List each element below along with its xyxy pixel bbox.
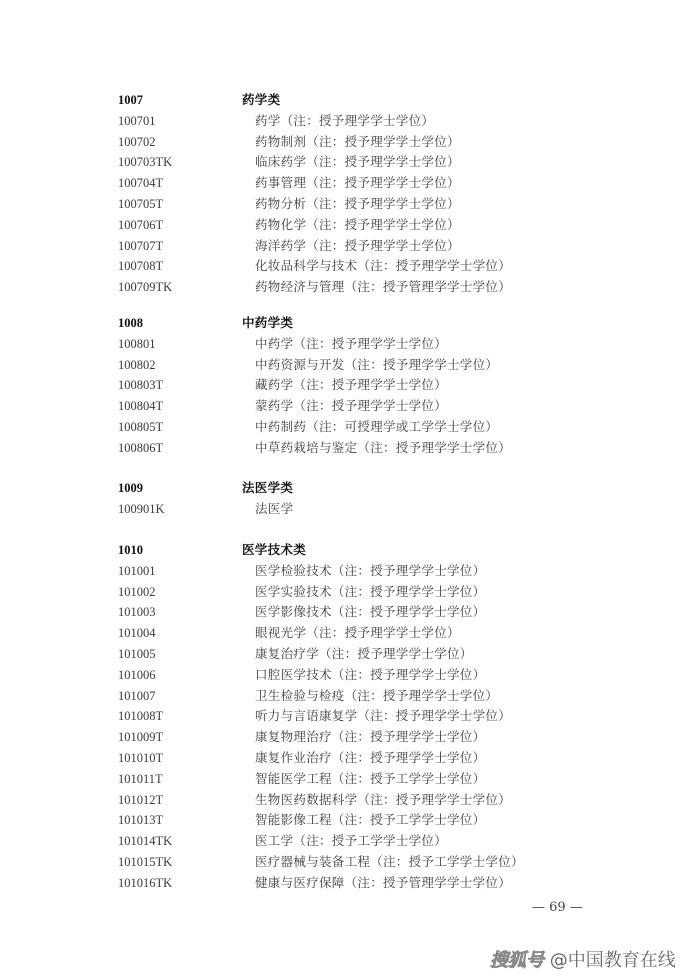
watermark: 搜狐号 @中国教育在线	[490, 946, 676, 972]
major-name: 临床药学（注：授予理学学士学位）	[255, 152, 460, 172]
major-code: 100707T	[118, 236, 163, 256]
major-row: 101012T生物医药数据科学（注：授予理学学士学位）	[0, 790, 690, 810]
category-code: 1009	[118, 478, 143, 498]
major-row: 101008T听力与言语康复学（注：授予理学学士学位）	[0, 706, 690, 726]
category-name: 中药学类	[242, 313, 293, 333]
document-page: 1007药学类100701药学（注：授予理学学士学位）100702药物制剂（注：…	[0, 0, 690, 976]
major-name: 药学（注：授予理学学士学位）	[255, 111, 434, 131]
category-name: 法医学类	[242, 478, 293, 498]
major-row: 100704T药事管理（注：授予理学学士学位）	[0, 173, 690, 193]
major-code: 100801	[118, 334, 156, 354]
major-name: 智能医学工程（注：授予工学学士学位）	[255, 769, 485, 789]
major-name: 眼视光学（注：授予理学学士学位）	[255, 623, 460, 643]
major-row: 100806T中草药栽培与鉴定（注：授予理学学士学位）	[0, 438, 690, 458]
major-row: 100802中药资源与开发（注：授予理学学士学位）	[0, 355, 690, 375]
major-name: 口腔医学技术（注：授予理学学士学位）	[255, 665, 485, 685]
major-code: 101015TK	[118, 852, 172, 872]
major-name: 生物医药数据科学（注：授予理学学士学位）	[255, 790, 511, 810]
major-code: 100703TK	[118, 152, 172, 172]
major-name: 药物制剂（注：授予理学学士学位）	[255, 132, 460, 152]
category-code: 1010	[118, 540, 143, 560]
major-row: 100805T中药制药（注：可授理学或工学学士学位）	[0, 417, 690, 437]
major-row: 100705T药物分析（注：授予理学学士学位）	[0, 194, 690, 214]
major-row: 100702药物制剂（注：授予理学学士学位）	[0, 132, 690, 152]
major-code: 101008T	[118, 706, 163, 726]
major-code: 100901K	[118, 499, 165, 519]
major-code: 100804T	[118, 396, 163, 416]
category-row: 1007药学类	[0, 90, 690, 110]
major-name: 医学实验技术（注：授予理学学士学位）	[255, 582, 485, 602]
major-row: 100804T蒙药学（注：授予理学学士学位）	[0, 396, 690, 416]
watermark-brand: 搜狐号	[490, 950, 544, 971]
major-row: 100801中药学（注：授予理学学士学位）	[0, 334, 690, 354]
major-name: 医工学（注：授予工学学士学位）	[255, 831, 447, 851]
major-name: 医疗器械与装备工程（注：授予工学学士学位）	[255, 852, 524, 872]
major-code: 101016TK	[118, 873, 172, 893]
major-row: 101006口腔医学技术（注：授予理学学士学位）	[0, 665, 690, 685]
major-name: 化妆品科学与技术（注：授予理学学士学位）	[255, 256, 511, 276]
major-name: 中药学（注：授予理学学士学位）	[255, 334, 447, 354]
major-name: 药物分析（注：授予理学学士学位）	[255, 194, 460, 214]
major-row: 100709TK药物经济与管理（注：授予管理学学士学位）	[0, 277, 690, 297]
category-code: 1008	[118, 313, 143, 333]
major-code: 100708T	[118, 256, 163, 276]
major-row: 101011T智能医学工程（注：授予工学学士学位）	[0, 769, 690, 789]
major-name: 智能影像工程（注：授予工学学士学位）	[255, 810, 485, 830]
page-number: — 69 —	[532, 900, 583, 915]
major-name: 康复物理治疗（注：授予理学学士学位）	[255, 727, 485, 747]
category-row: 1010医学技术类	[0, 540, 690, 560]
major-name: 卫生检验与检疫（注：授予理学学士学位）	[255, 686, 498, 706]
major-name: 药物经济与管理（注：授予管理学学士学位）	[255, 277, 511, 297]
category-name: 医学技术类	[242, 540, 306, 560]
major-code: 101001	[118, 561, 156, 581]
major-code: 101004	[118, 623, 156, 643]
major-name: 康复作业治疗（注：授予理学学士学位）	[255, 748, 485, 768]
major-code: 100803T	[118, 375, 163, 395]
major-row: 101001医学检验技术（注：授予理学学士学位）	[0, 561, 690, 581]
major-code: 101003	[118, 602, 156, 622]
major-code: 101014TK	[118, 831, 172, 851]
major-code: 101007	[118, 686, 156, 706]
major-row: 101005康复治疗学（注：授予理学学士学位）	[0, 644, 690, 664]
major-code: 101005	[118, 644, 156, 664]
major-row: 101014TK医工学（注：授予工学学士学位）	[0, 831, 690, 851]
major-code: 101006	[118, 665, 156, 685]
major-row: 101007卫生检验与检疫（注：授予理学学士学位）	[0, 686, 690, 706]
major-code: 101013T	[118, 810, 163, 830]
major-name: 海洋药学（注：授予理学学士学位）	[255, 236, 460, 256]
major-code: 100706T	[118, 215, 163, 235]
major-row: 101003医学影像技术（注：授予理学学士学位）	[0, 602, 690, 622]
major-code: 100704T	[118, 173, 163, 193]
major-name: 蒙药学（注：授予理学学士学位）	[255, 396, 447, 416]
major-code: 101012T	[118, 790, 163, 810]
major-code: 101010T	[118, 748, 163, 768]
major-name: 藏药学（注：授予理学学士学位）	[255, 375, 447, 395]
major-name: 健康与医疗保障（注：授予管理学学士学位）	[255, 873, 511, 893]
category-code: 1007	[118, 90, 143, 110]
major-name: 药事管理（注：授予理学学士学位）	[255, 173, 460, 193]
major-name: 中药制药（注：可授理学或工学学士学位）	[255, 417, 498, 437]
major-row: 100708T化妆品科学与技术（注：授予理学学士学位）	[0, 256, 690, 276]
major-row: 100901K法医学	[0, 499, 690, 519]
major-code: 101009T	[118, 727, 163, 747]
major-code: 100709TK	[118, 277, 172, 297]
major-row: 101002医学实验技术（注：授予理学学士学位）	[0, 582, 690, 602]
major-code: 100701	[118, 111, 156, 131]
major-name: 医学影像技术（注：授予理学学士学位）	[255, 602, 485, 622]
major-code: 100806T	[118, 438, 163, 458]
major-row: 100707T海洋药学（注：授予理学学士学位）	[0, 236, 690, 256]
major-row: 101016TK健康与医疗保障（注：授予管理学学士学位）	[0, 873, 690, 893]
major-row: 100706T药物化学（注：授予理学学士学位）	[0, 215, 690, 235]
major-name: 医学检验技术（注：授予理学学士学位）	[255, 561, 485, 581]
major-name: 药物化学（注：授予理学学士学位）	[255, 215, 460, 235]
major-row: 100701药学（注：授予理学学士学位）	[0, 111, 690, 131]
major-row: 101015TK医疗器械与装备工程（注：授予工学学士学位）	[0, 852, 690, 872]
major-name: 康复治疗学（注：授予理学学士学位）	[255, 644, 473, 664]
major-code: 100805T	[118, 417, 163, 437]
category-row: 1008中药学类	[0, 313, 690, 333]
major-row: 101004眼视光学（注：授予理学学士学位）	[0, 623, 690, 643]
major-row: 101010T康复作业治疗（注：授予理学学士学位）	[0, 748, 690, 768]
major-code: 101011T	[118, 769, 163, 789]
major-code: 100705T	[118, 194, 163, 214]
major-name: 法医学	[255, 499, 293, 519]
major-row: 100703TK临床药学（注：授予理学学士学位）	[0, 152, 690, 172]
major-code: 100702	[118, 132, 156, 152]
major-name: 听力与言语康复学（注：授予理学学士学位）	[255, 706, 511, 726]
major-row: 101009T康复物理治疗（注：授予理学学士学位）	[0, 727, 690, 747]
watermark-account: @中国教育在线	[550, 950, 676, 971]
category-name: 药学类	[242, 90, 280, 110]
major-name: 中药资源与开发（注：授予理学学士学位）	[255, 355, 498, 375]
major-name: 中草药栽培与鉴定（注：授予理学学士学位）	[255, 438, 511, 458]
category-row: 1009法医学类	[0, 478, 690, 498]
major-row: 100803T藏药学（注：授予理学学士学位）	[0, 375, 690, 395]
major-code: 101002	[118, 582, 156, 602]
major-row: 101013T智能影像工程（注：授予工学学士学位）	[0, 810, 690, 830]
major-code: 100802	[118, 355, 156, 375]
